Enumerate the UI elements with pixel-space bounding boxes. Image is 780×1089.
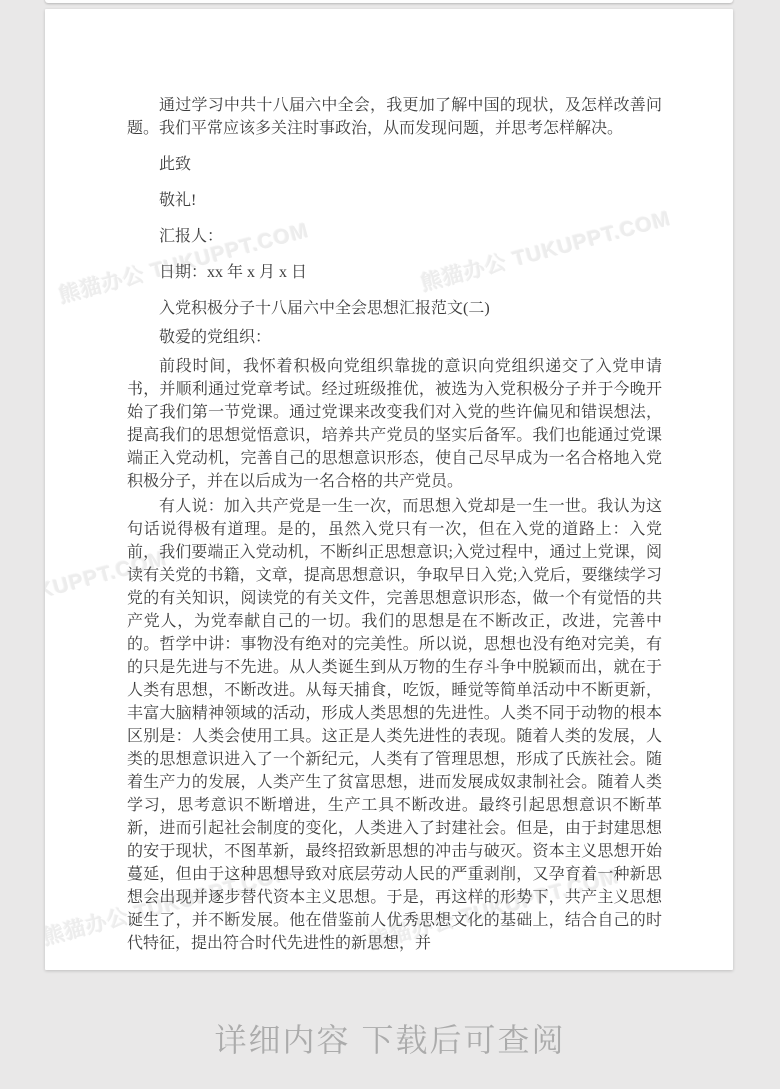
previous-page-bottom-edge [45,0,733,3]
footer-note: 详细内容 下载后可查阅 [215,1015,566,1061]
footer-banner: 详细内容 下载后可查阅 [0,1008,780,1068]
closing-cizhi: 此致 [127,153,662,176]
closing-jingli: 敬礼! [127,189,662,212]
date-line: 日期：xx 年 x 月 x 日 [127,261,662,284]
body-paragraph-2: 前段时间，我怀着积极向党组织靠拢的意识向党组织递交了入党申请书，并顺利通过党章考… [127,355,662,493]
salutation: 敬爱的党组织： [127,326,662,349]
section-title: 入党积极分子十八届六中全会思想汇报范文(二) [127,297,662,320]
document-page: 熊猫办公 TUKUPPT.COM 熊猫办公 TUKUPPT.COM 熊猫办公 T… [45,9,733,970]
reporter-line: 汇报人： [127,225,662,248]
body-paragraph-1: 通过学习中共十八届六中全会，我更加了解中国的现状，及怎样改善问题。我们平常应该多… [127,94,662,140]
document-content: 通过学习中共十八届六中全会，我更加了解中国的现状，及怎样改善问题。我们平常应该多… [45,9,733,955]
body-paragraph-3: 有人说：加入共产党是一生一次，而思想入党却是一生一世。我认为这句话说得极有道理。… [127,495,662,955]
